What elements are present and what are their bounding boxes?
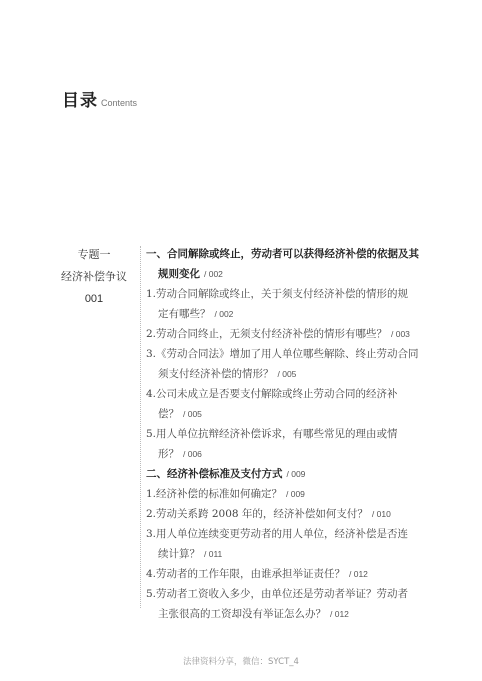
toc-page-number: / 002: [215, 309, 234, 319]
toc-entry[interactable]: 2.劳动合同终止，无须支付经济补偿的情形有哪些？/ 003: [146, 324, 446, 344]
toc-text: 规则变化: [158, 268, 200, 280]
toc-number: 3.: [146, 344, 156, 364]
toc-line: 4.劳动者的工作年限，由谁承担举证责任？/ 012: [146, 564, 446, 584]
toc-entry[interactable]: 3.用人单位连续变更劳动者的用人单位，经济补偿是否连续计算？/ 011: [146, 524, 446, 564]
toc-number: 1.: [146, 284, 156, 304]
toc-line: 3.《劳动合同法》增加了用人单位哪些解除、终止劳动合同: [146, 344, 446, 364]
toc-line: 一、合同解除或终止，劳动者可以获得经济补偿的依据及其: [146, 244, 446, 264]
title-zh: 目录: [62, 86, 98, 111]
toc-number: 4.: [146, 564, 156, 584]
toc-line: 1.经济补偿的标准如何确定？/ 009: [146, 484, 446, 504]
toc-number: 2.: [146, 504, 156, 524]
toc-entry[interactable]: 1.经济补偿的标准如何确定？/ 009: [146, 484, 446, 504]
toc-page-number: / 009: [287, 469, 306, 479]
toc-page-number: / 005: [183, 409, 202, 419]
toc-text: 劳动关系跨 2008 年的，经济补偿如何支付？: [156, 508, 368, 520]
toc-entry[interactable]: 2.劳动关系跨 2008 年的，经济补偿如何支付？/ 010: [146, 504, 446, 524]
toc-text: 定有哪些？: [158, 308, 211, 320]
toc-text: 形？: [158, 448, 179, 460]
toc-page-number: / 012: [330, 609, 349, 619]
toc-text: 劳动合同终止，无须支付经济补偿的情形有哪些？: [156, 328, 387, 340]
toc-page-number: / 002: [204, 269, 223, 279]
toc-page-number: / 005: [278, 369, 297, 379]
toc-text: 劳动者工资收入多少，由单位还是劳动者举证？劳动者: [156, 588, 408, 600]
toc-text: 须支付经济补偿的情形？: [158, 368, 274, 380]
toc-line: 4.公司未成立是否要支付解除或终止劳动合同的经济补: [146, 384, 446, 404]
toc-line: 形？/ 006: [146, 444, 446, 464]
toc-line: 5.劳动者工资收入多少，由单位还是劳动者举证？劳动者: [146, 584, 446, 604]
toc-entry[interactable]: 5.劳动者工资收入多少，由单位还是劳动者举证？劳动者主张很高的工资却没有举证怎么…: [146, 584, 446, 624]
toc-line: 续计算？/ 011: [146, 544, 446, 564]
toc-line: 5.用人单位抗辩经济补偿诉求，有哪些常见的理由或情: [146, 424, 446, 444]
toc-text: 劳动者的工作年限，由谁承担举证责任？: [156, 568, 345, 580]
toc-entry[interactable]: 4.公司未成立是否要支付解除或终止劳动合同的经济补偿？/ 005: [146, 384, 446, 424]
toc-page-number: / 010: [372, 509, 391, 519]
toc-line: 2.劳动关系跨 2008 年的，经济补偿如何支付？/ 010: [146, 504, 446, 524]
toc-line: 须支付经济补偿的情形？/ 005: [146, 364, 446, 384]
toc-page-number: / 011: [204, 549, 222, 559]
toc-line: 规则变化/ 002: [146, 264, 446, 284]
toc-entry[interactable]: 4.劳动者的工作年限，由谁承担举证责任？/ 012: [146, 564, 446, 584]
topic-label: 专题一 经济补偿争议 001: [60, 244, 128, 310]
toc-page-number: / 012: [349, 569, 368, 579]
toc-text: 经济补偿的标准如何确定？: [156, 488, 282, 500]
toc-text: 《劳动合同法》增加了用人单位哪些解除、终止劳动合同: [156, 348, 419, 360]
toc-list: 一、合同解除或终止，劳动者可以获得经济补偿的依据及其规则变化/ 0021.劳动合…: [146, 244, 446, 624]
toc-line: 3.用人单位连续变更劳动者的用人单位，经济补偿是否连: [146, 524, 446, 544]
toc-number: 4.: [146, 384, 156, 404]
toc-number: 3.: [146, 524, 156, 544]
toc-line: 偿？/ 005: [146, 404, 446, 424]
page-title: 目录 Contents: [62, 86, 137, 111]
toc-text: 主张很高的工资却没有举证怎么办？: [158, 608, 326, 620]
toc-line: 二、经济补偿标准及支付方式/ 009: [146, 464, 446, 484]
topic-line2: 经济补偿争议: [60, 266, 128, 288]
toc-number: 5.: [146, 424, 156, 444]
toc-line: 主张很高的工资却没有举证怎么办？/ 012: [146, 604, 446, 624]
toc-number: 2.: [146, 324, 156, 344]
toc-page-number: / 009: [286, 489, 305, 499]
toc-number: 1.: [146, 484, 156, 504]
divider-line: [140, 246, 141, 608]
title-en: Contents: [101, 98, 137, 108]
toc-line: 1.劳动合同解除或终止，关于须支付经济补偿的情形的规: [146, 284, 446, 304]
toc-entry[interactable]: 5.用人单位抗辩经济补偿诉求，有哪些常见的理由或情形？/ 006: [146, 424, 446, 464]
topic-line1: 专题一: [60, 244, 128, 266]
toc-section-heading[interactable]: 二、经济补偿标准及支付方式/ 009: [146, 464, 446, 484]
toc-text: 续计算？: [158, 548, 200, 560]
toc-text: 劳动合同解除或终止，关于须支付经济补偿的情形的规: [156, 288, 408, 300]
toc-text: 用人单位抗辩经济补偿诉求，有哪些常见的理由或情: [156, 428, 398, 440]
toc-text: 偿？: [158, 408, 179, 420]
toc-entry[interactable]: 1.劳动合同解除或终止，关于须支付经济补偿的情形的规定有哪些？/ 002: [146, 284, 446, 324]
topic-page: 001: [60, 288, 128, 310]
toc-text: 公司未成立是否要支付解除或终止劳动合同的经济补: [156, 388, 398, 400]
toc-page-number: / 003: [391, 329, 410, 339]
toc-entry[interactable]: 3.《劳动合同法》增加了用人单位哪些解除、终止劳动合同须支付经济补偿的情形？/ …: [146, 344, 446, 384]
toc-text: 一、合同解除或终止，劳动者可以获得经济补偿的依据及其: [146, 248, 419, 260]
toc-text: 二、经济补偿标准及支付方式: [146, 468, 283, 480]
toc-line: 2.劳动合同终止，无须支付经济补偿的情形有哪些？/ 003: [146, 324, 446, 344]
toc-section-heading[interactable]: 一、合同解除或终止，劳动者可以获得经济补偿的依据及其规则变化/ 002: [146, 244, 446, 284]
footer-watermark: 法律资料分享，微信：SYCT_4: [0, 655, 482, 667]
toc-number: 5.: [146, 584, 156, 604]
toc-text: 用人单位连续变更劳动者的用人单位，经济补偿是否连: [156, 528, 408, 540]
toc-page-number: / 006: [183, 449, 202, 459]
toc-line: 定有哪些？/ 002: [146, 304, 446, 324]
